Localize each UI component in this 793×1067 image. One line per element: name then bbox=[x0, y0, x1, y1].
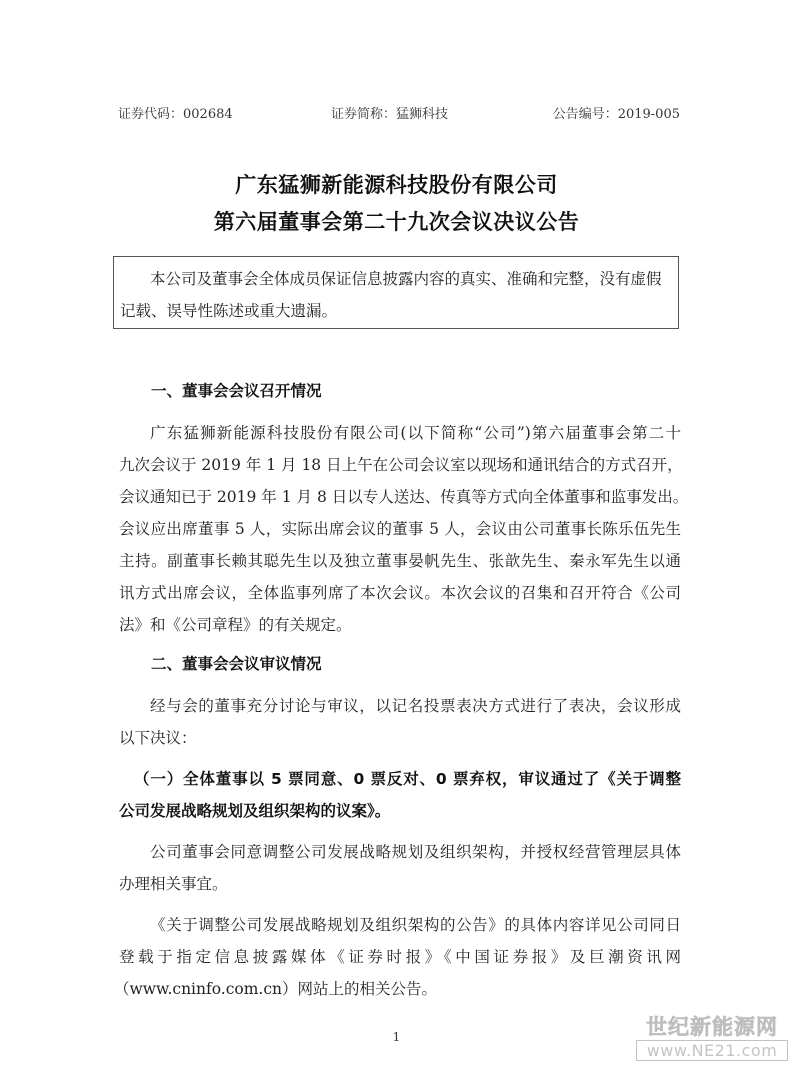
disclaimer-box: 本公司及董事会全体成员保证信息披露内容的真实、准确和完整，没有虚假 记载、误导性… bbox=[113, 256, 679, 329]
paragraph-line: 《关于调整公司发展战略规划及组织架构的公告》的具体内容详见公司同日 bbox=[150, 913, 681, 935]
paragraph-line: 会议应出席董事 5 人，实际出席会议的董事 5 人，会议由公司董事长陈乐伍先生 bbox=[119, 517, 681, 539]
watermark-logo: 世纪新能源网 www.NE21.com bbox=[636, 1015, 788, 1063]
paragraph-line: 经与会的董事充分讨论与审议，以记名投票表决方式进行了表决，会议形成 bbox=[150, 694, 681, 716]
paragraph-line: 九次会议于 2019 年 1 月 18 日上午在公司会议室以现场和通讯结合的方式… bbox=[119, 453, 681, 475]
section-heading-meeting-deliberation: 二、董事会会议审议情况 bbox=[151, 652, 322, 674]
watermark-url: www.NE21.com bbox=[636, 1040, 788, 1061]
disclaimer-line: 记载、误导性陈述或重大遗漏。 bbox=[120, 299, 337, 321]
paragraph-line: 办理相关事宜。 bbox=[119, 872, 681, 894]
announcement-title: 第六届董事会第二十九次会议决议公告 bbox=[0, 206, 793, 236]
paragraph-line: 会议通知已于 2019 年 1 月 8 日以专人送达、传真等方式向全体董事和监事… bbox=[119, 485, 681, 507]
paragraph-line: 以下决议： bbox=[119, 726, 681, 748]
section-heading-meeting-convening: 一、董事会会议召开情况 bbox=[151, 379, 322, 401]
paragraph-line: 讯方式出席会议，全体监事列席了本次会议。本次会议的召集和召开符合《公司 bbox=[119, 581, 681, 603]
stock-code: 证券代码：002684 bbox=[118, 103, 233, 122]
document-header: 证券代码：002684 证券简称：猛狮科技 公告编号：2019-005 bbox=[118, 103, 680, 123]
paragraph-line: 法》和《公司章程》的有关规定。 bbox=[119, 613, 681, 635]
watermark-name: 世纪新能源网 bbox=[636, 1015, 788, 1039]
stock-abbreviation: 证券简称：猛狮科技 bbox=[331, 103, 448, 122]
paragraph-line: 公司董事会同意调整公司发展战略规划及组织架构，并授权经营管理层具体 bbox=[150, 840, 681, 862]
paragraph-line: 主持。副董事长赖其聪先生以及独立董事晏帆先生、张歆先生、秦永军先生以通 bbox=[119, 549, 681, 571]
disclaimer-line: 本公司及董事会全体成员保证信息披露内容的真实、准确和完整，没有虚假 bbox=[150, 267, 662, 289]
document-page: 证券代码：002684 证券简称：猛狮科技 公告编号：2019-005 广东猛狮… bbox=[0, 0, 793, 1067]
resolution-heading: （一）全体董事以 5 票同意、0 票反对、0 票弃权，审议通过了《关于调整 bbox=[134, 767, 681, 789]
resolution-heading: 公司发展战略规划及组织架构的议案》。 bbox=[119, 799, 681, 821]
announcement-number: 公告编号：2019-005 bbox=[553, 103, 680, 122]
paragraph-line: 登载于指定信息披露媒体《证券时报》《中国证券报》及巨潮资讯网 bbox=[119, 945, 681, 967]
paragraph-line: 广东猛狮新能源科技股份有限公司(以下简称“公司”)第六届董事会第二十 bbox=[150, 421, 681, 443]
company-title: 广东猛狮新能源科技股份有限公司 bbox=[0, 169, 793, 199]
paragraph-line: （www.cninfo.com.cn）网站上的相关公告。 bbox=[114, 977, 676, 999]
